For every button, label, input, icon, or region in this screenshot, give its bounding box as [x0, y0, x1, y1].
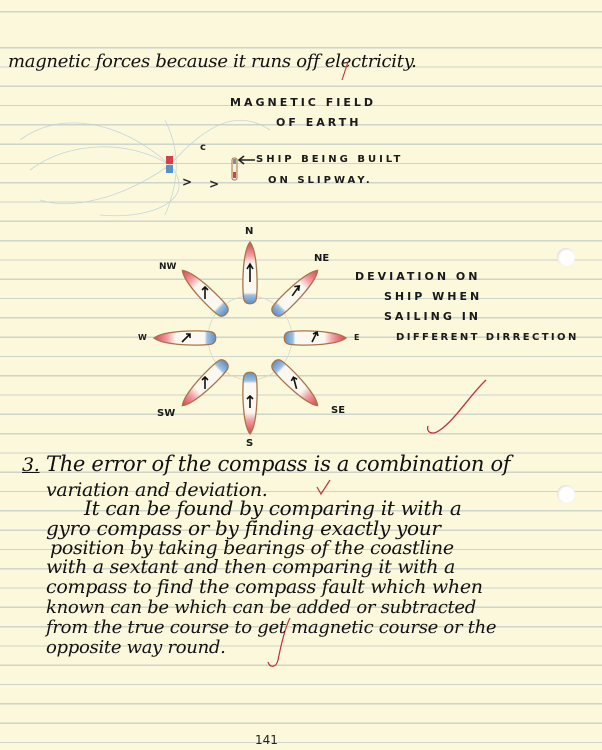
- label-ne: NE: [314, 253, 329, 264]
- paragraph-line-7: compass to find the compass fault which …: [46, 578, 483, 597]
- deviation-caption-4: DIFFERENT DIRRECTION: [396, 332, 579, 343]
- page-number: 141: [255, 733, 278, 747]
- compass-ship-diagram: [154, 242, 346, 434]
- deviation-caption-2: SHIP WHEN: [384, 290, 482, 303]
- label-e: E: [354, 333, 359, 342]
- label-w: W: [138, 333, 147, 342]
- label-se: SE: [331, 405, 345, 416]
- label-n: N: [245, 226, 253, 237]
- teacher-tick-large: [428, 380, 486, 433]
- section-number: 3.: [22, 456, 40, 475]
- ship-heading-n: [243, 242, 257, 304]
- ship-heading-nw: [177, 265, 231, 319]
- ship-on-slipway-icon: [232, 156, 255, 180]
- teacher-tick-small: [317, 480, 330, 494]
- svg-text:c: c: [200, 142, 206, 153]
- ship-heading-se: [269, 357, 323, 411]
- ship-heading-w: [154, 331, 216, 345]
- svg-text:>: >: [182, 175, 192, 189]
- label-nw: NW: [159, 262, 176, 272]
- paragraph-line-6: with a sextant and then comparing it wit…: [46, 558, 455, 577]
- paragraph-line-8: known can be which can be added or subtr…: [46, 598, 476, 617]
- ship-heading-sw: [177, 357, 231, 411]
- ship-heading-ne: [269, 265, 323, 319]
- ship-heading-e: [284, 331, 346, 345]
- paragraph-line-10: opposite way round.: [46, 638, 226, 657]
- label-sw: SW: [157, 408, 175, 419]
- ship-heading-s: [243, 372, 257, 434]
- deviation-caption-3: SAILING IN: [384, 310, 481, 323]
- teacher-strike-mark: [342, 62, 348, 80]
- svg-text:>: >: [209, 177, 219, 191]
- paragraph-line-4: gyro compass or by finding exactly your: [46, 519, 441, 538]
- notebook-page: magnetic forces because it runs off elec…: [0, 0, 602, 750]
- paragraph-line-9: from the true course to get magnetic cou…: [46, 618, 496, 637]
- paragraph-line-1: The error of the compass is a combinatio…: [46, 455, 510, 474]
- deviation-caption-1: DEVIATION ON: [355, 270, 480, 283]
- label-s: S: [246, 438, 253, 449]
